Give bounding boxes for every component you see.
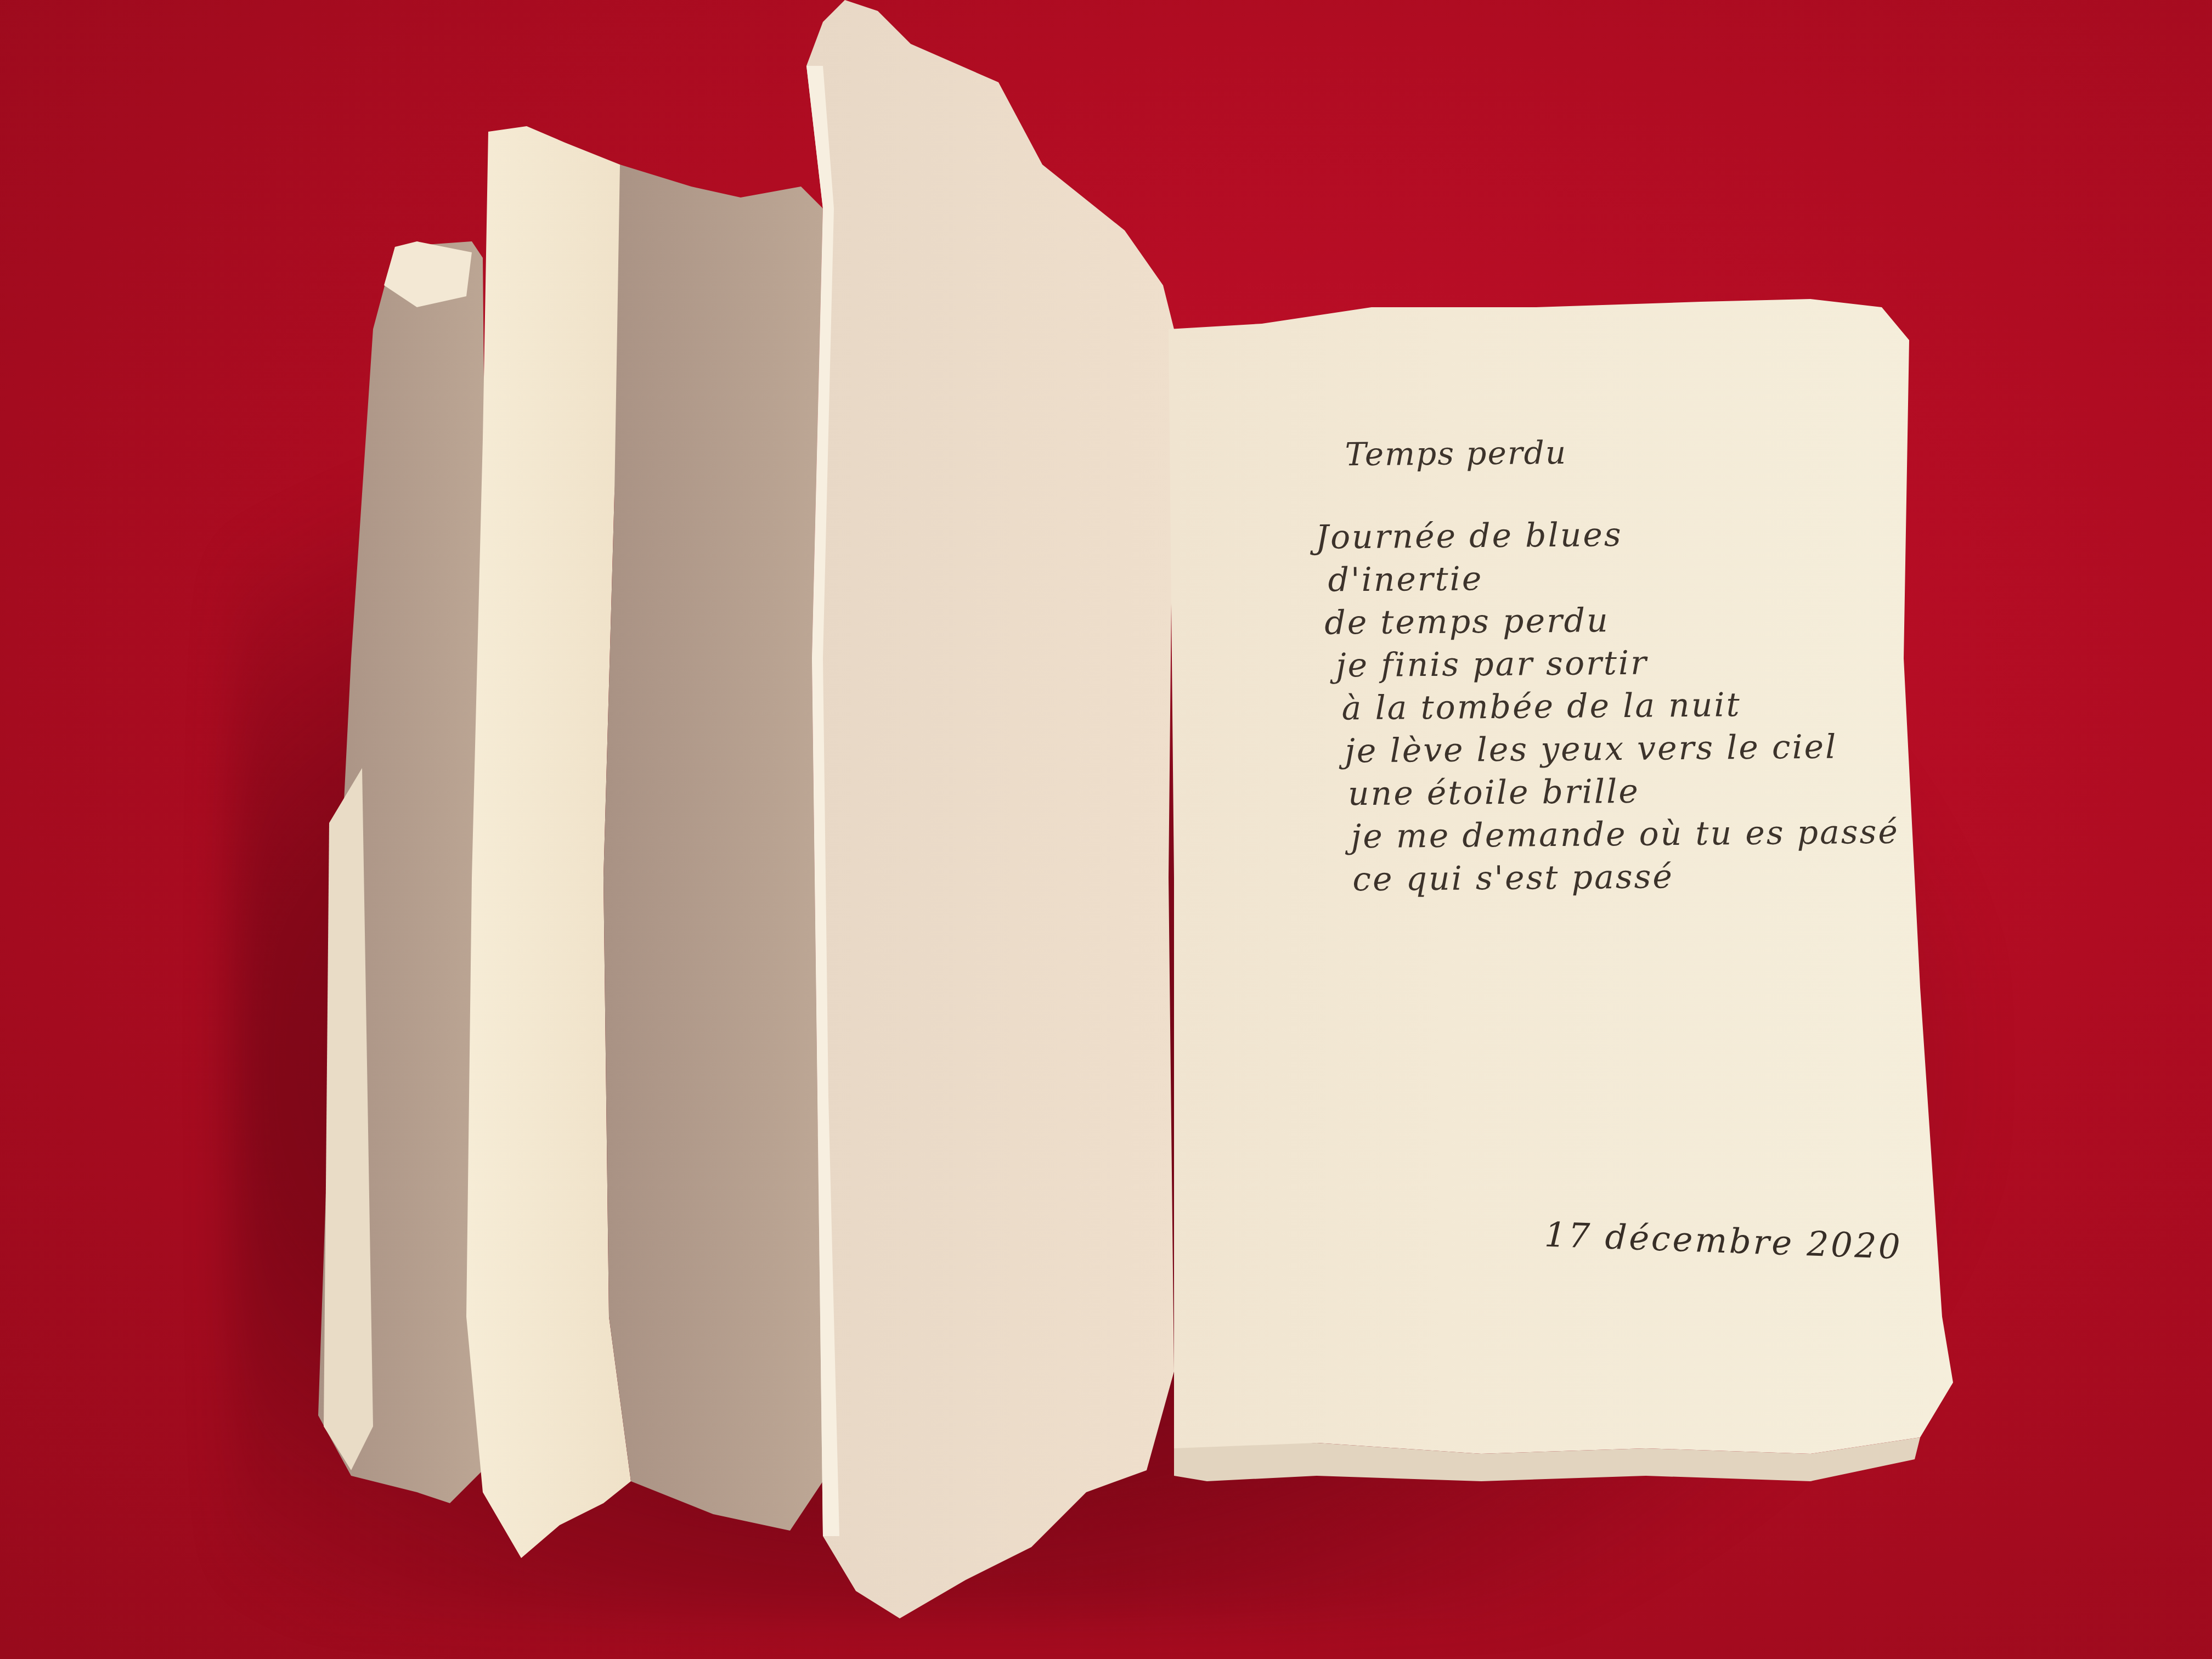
poem-line: de temps perdu: [1324, 596, 1920, 644]
poem-title: Temps perdu: [1345, 431, 1918, 473]
poem-line: ce qui s'est passé: [1352, 853, 1922, 901]
poem-line: une étoile brille: [1348, 768, 1922, 815]
poem-line: Journée de blues: [1316, 511, 1920, 559]
poem-line: je lève les yeux vers le ciel: [1345, 725, 1921, 772]
standing-page: [806, 0, 1174, 1618]
poem-line: d'inertie: [1328, 554, 1920, 601]
poem-line: je finis par sortir: [1336, 639, 1921, 687]
poem-line: je me demande où tu es passé: [1351, 810, 1922, 858]
poem-lines: Journée de blues d'inertie de temps perd…: [1316, 511, 1922, 901]
page-shadow-gap: [603, 165, 823, 1531]
handwritten-poem: Temps perdu Journée de blues d'inertie d…: [1314, 431, 1922, 901]
photo-scene: Temps perdu Journée de blues d'inertie d…: [0, 0, 2212, 1659]
poem-line: à la tombée de la nuit: [1341, 682, 1921, 730]
